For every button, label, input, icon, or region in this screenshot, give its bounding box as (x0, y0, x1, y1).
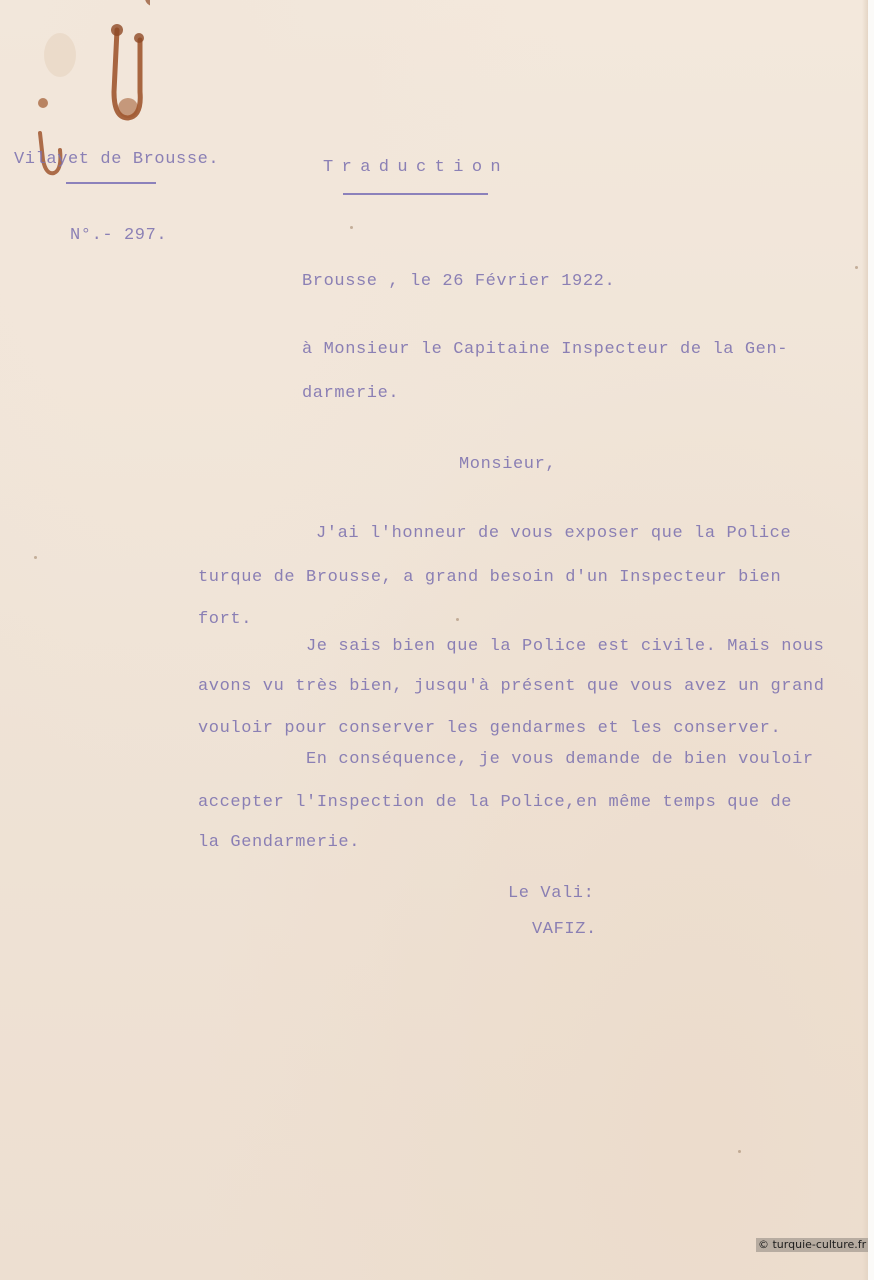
paragraph-2-line-3: vouloir pour conserver les gendarmes et … (198, 719, 781, 738)
addressee-line-2: darmerie. (302, 384, 399, 403)
paragraph-3-line-1: En conséquence, je vous demande de bien … (306, 750, 814, 769)
office-underline (66, 182, 156, 184)
paragraph-1-line-2: turque de Brousse, a grand besoin d'un I… (198, 568, 781, 587)
paper-speck (738, 1150, 741, 1153)
paragraph-3-line-3: la Gendarmerie. (198, 833, 360, 852)
paper-speck (855, 266, 858, 269)
document-title: Traduction (323, 158, 509, 177)
paragraph-1-line-1: J'ai l'honneur de vous exposer que la Po… (316, 524, 791, 543)
signature-title: Le Vali: (508, 884, 594, 903)
addressee-line-1: à Monsieur le Capitaine Inspecteur de la… (302, 340, 788, 359)
paragraph-2-line-1: Je sais bien que la Police est civile. M… (306, 637, 824, 656)
document-page: Vilayet de Brousse. Traduction N°.- 297.… (0, 0, 868, 1280)
paper-edge (862, 0, 868, 1280)
salutation: Monsieur, (459, 455, 556, 474)
paper-speck (456, 618, 459, 621)
reference-number: N°.- 297. (70, 226, 167, 245)
paper-speck (34, 556, 37, 559)
paragraph-3-line-2: accepter l'Inspection de la Police,en mê… (198, 793, 792, 812)
paragraph-2-line-2: avons vu très bien, jusqu'à présent que … (198, 677, 825, 696)
paragraph-1-line-3: fort. (198, 610, 252, 629)
paper-speck (350, 226, 353, 229)
title-underline (343, 193, 488, 195)
office-header: Vilayet de Brousse. (14, 150, 219, 169)
dateline: Brousse , le 26 Février 1922. (302, 272, 615, 291)
signature-name: VAFIZ. (532, 920, 597, 939)
watermark-credit: © turquie-culture.fr (756, 1238, 868, 1252)
